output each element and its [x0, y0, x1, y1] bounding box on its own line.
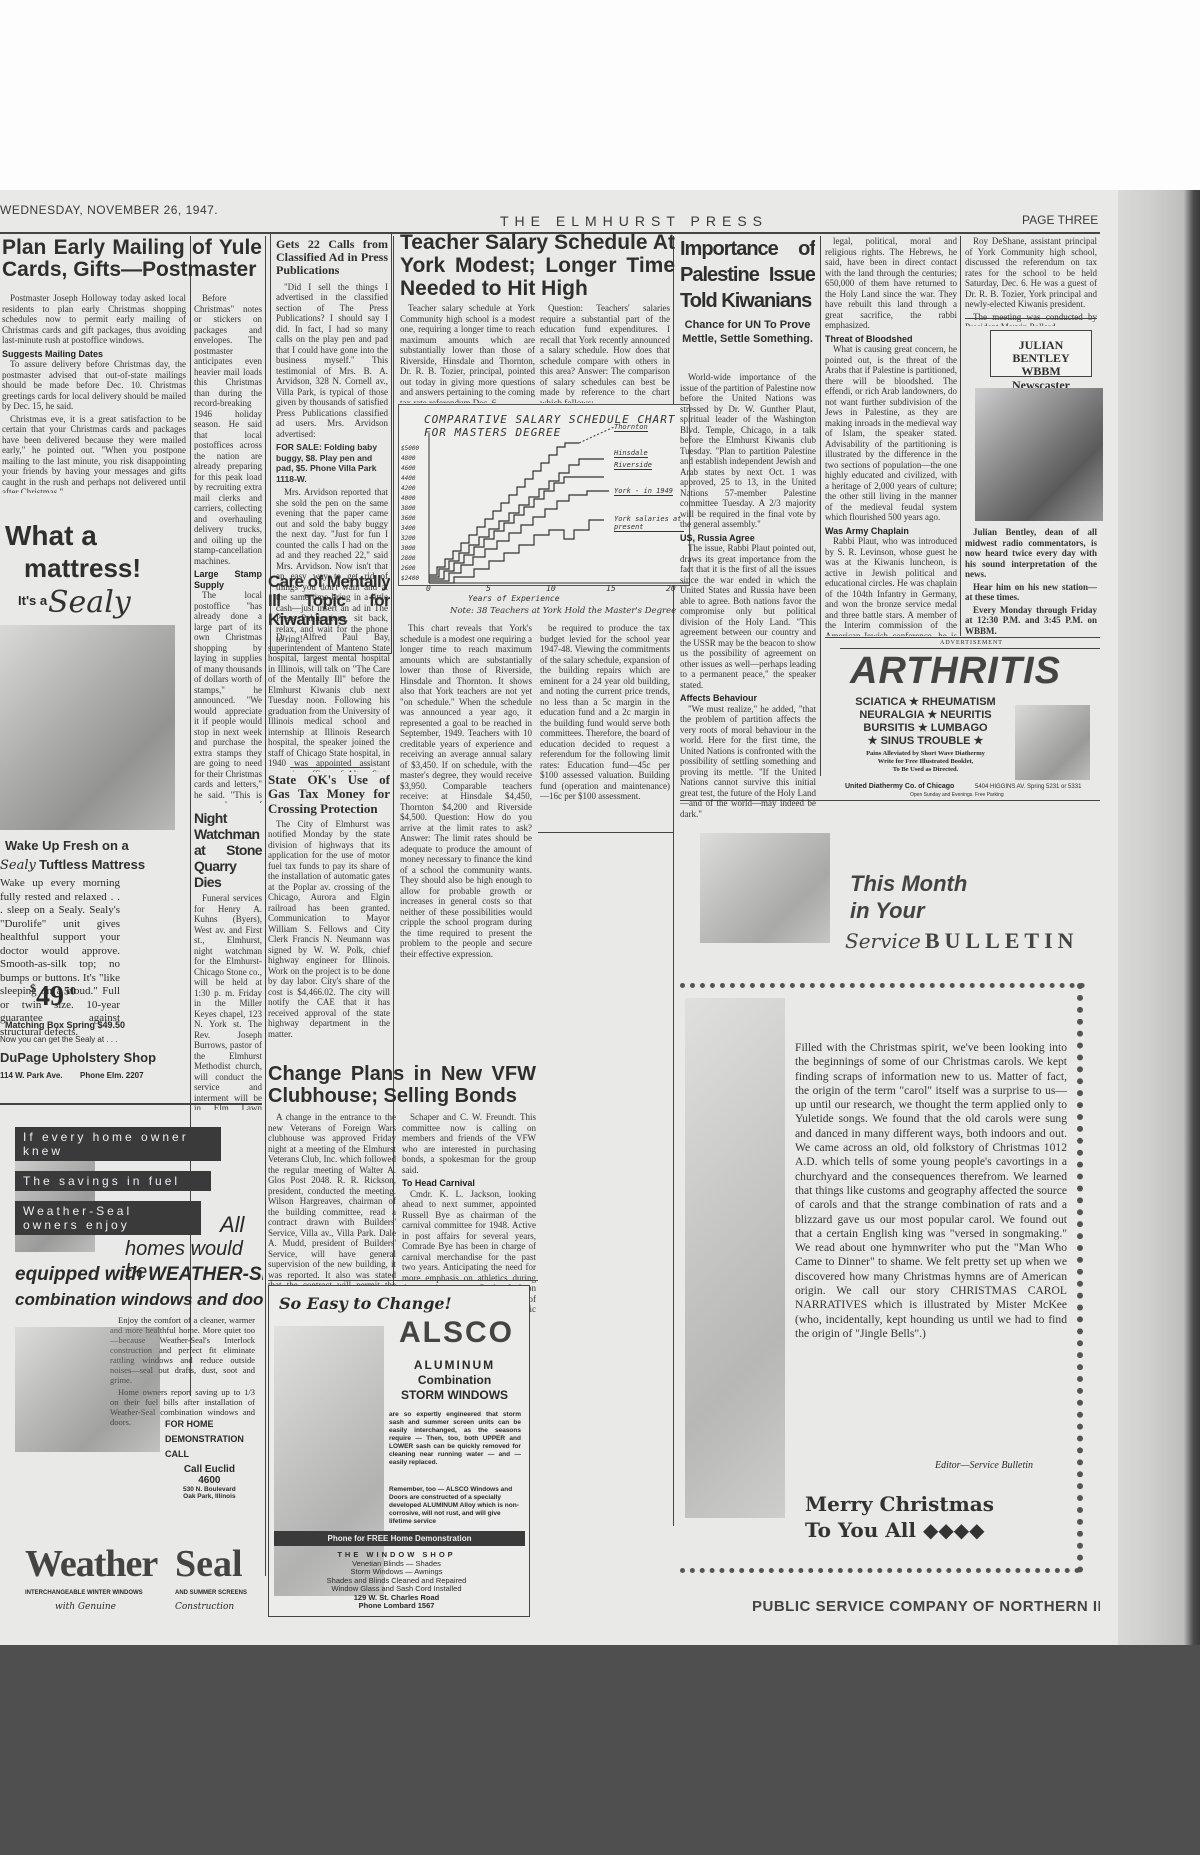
section-rule — [680, 800, 1100, 801]
bentley-caption: Julian Bentley, dean of all midwest radi… — [965, 527, 1097, 637]
sealy-ad: What a mattress! It's a Sealy Wake Up Fr… — [0, 505, 188, 1100]
article-text: be required to produce the tax budget le… — [540, 623, 670, 802]
sealy-brand: Sealy — [48, 585, 131, 620]
article-text: legal, political, moral and religious ri… — [825, 236, 957, 331]
sponsor-name: PUBLIC SERVICE COMPANY OF NORTHERN ILLIN… — [752, 1598, 1100, 1615]
alsco-product: ALUMINUM Combination STORM WINDOWS — [387, 1358, 522, 1403]
subhead: Threat of Bloodshed — [825, 334, 957, 345]
section-rule — [268, 1280, 538, 1281]
arthritis-company: United Diathermy Co. of Chicago — [845, 783, 954, 790]
article-text: What is causing great concern, he pointe… — [825, 344, 957, 523]
conditions-line: NEURALGIA ★ NEURITIS — [848, 709, 1003, 722]
alsco-line: Combination — [387, 1373, 522, 1388]
headline: Importance of Palestine Issue Told Kiwan… — [680, 236, 815, 314]
article-vfw-col1: A change in the entrance to the new Vete… — [268, 1112, 396, 1312]
article-vfw-headline: Change Plans in New VFW Clubhouse; Selli… — [268, 1063, 536, 1107]
alsco-brand: ALSCO — [399, 1316, 514, 1350]
article-text: The City of Elmhurst was notified Monday… — [268, 819, 390, 1040]
greeting-line-2: To You All ◆◆◆◆ — [805, 1517, 994, 1543]
article-text: World-wide importance of the issue of th… — [680, 372, 816, 530]
article-text: "We must realize," he added, "that the p… — [680, 704, 816, 820]
alsco-script: So Easy to Change! — [279, 1294, 452, 1313]
article-yule-headline: Plan Early Mailing of Yule Cards, Gifts—… — [2, 237, 262, 281]
article-text: Funeral services for Henry A. Kuhns (Bye… — [194, 893, 262, 1110]
ws-cta: FOR HOME DEMONSTRATION CALL — [165, 1417, 244, 1462]
sealy-box-spring: Matching Box Spring $49.50 — [5, 1020, 125, 1030]
ws-address: 530 N. Boulevard — [183, 1486, 236, 1493]
arthritis-ad: ADVERTISEMENT ARTHRITIS SCIATICA ★ RHEUM… — [840, 640, 1100, 780]
alsco-line: ALUMINUM — [387, 1358, 522, 1373]
weatherseal-ad: If every home owner knew The savings in … — [5, 1112, 263, 1637]
ws-headline-4: combination windows and doors — [15, 1290, 263, 1310]
column-divider — [265, 236, 266, 1576]
subheadline: Chance for UN To Prove Mettle, Settle So… — [680, 318, 815, 346]
ws-logo-left: Weather — [25, 1542, 157, 1586]
page-number: PAGE THREE — [1022, 213, 1098, 227]
sealy-address: 114 W. Park Ave. — [0, 1071, 63, 1080]
alsco-ad: So Easy to Change! ALSCO ALUMINUM Combin… — [268, 1285, 530, 1617]
conditions-line: BURSITIS ★ LUMBAGO — [848, 722, 1003, 735]
x-tick: 15 — [606, 584, 616, 593]
greeting-line-1: Merry Christmas — [805, 1491, 994, 1517]
x-tick: 10 — [546, 584, 556, 593]
arthritis-headline: ARTHRITIS — [850, 650, 1061, 693]
article-text: To assure delivery before Christmas day,… — [2, 359, 186, 412]
headline: Change Plans in New VFW Clubhouse; Selli… — [268, 1063, 536, 1107]
masthead: THE ELMHURST PRESS — [500, 213, 768, 229]
article-palestine-col2: legal, political, moral and religious ri… — [825, 236, 957, 636]
section-rule — [825, 637, 1100, 638]
arthritis-body-line: Pains Alleviated by Short Wave Diathermy — [848, 750, 1003, 758]
bulletin-word: BULLETIN — [925, 928, 1079, 953]
ws-city: Oak Park, Illinois — [183, 1493, 236, 1500]
article-yule-col1: Postmaster Joseph Holloway today asked l… — [2, 293, 186, 493]
article-palestine-headline: Importance of Palestine Issue Told Kiwan… — [680, 236, 815, 346]
dateline: WEDNESDAY, NOVEMBER 26, 1947. — [0, 203, 218, 217]
article-text: Dr. Alfred Paul Bay, superintendent of M… — [268, 632, 390, 772]
bulletin-line-2: in Your — [850, 897, 967, 924]
article-text: The local postoffice "has already done a… — [194, 590, 262, 803]
article-text: Question: Teachers' salaries require a s… — [540, 303, 670, 403]
ws-phone-line: Call Euclid — [183, 1464, 236, 1475]
series-label-york-1949: York - in 1949 — [614, 487, 673, 496]
arthritis-body-line: Write for Free Illustrated Booklet, — [848, 758, 1003, 766]
bentley-name-box: JULIAN BENTLEY WBBM Newscaster — [990, 330, 1092, 377]
bar-3: Weather-Seal owners enjoy — [15, 1201, 201, 1235]
classified-ad-text: FOR SALE: Folding baby buggy, $8. Play p… — [276, 442, 388, 484]
series-label-riverside: Riverside — [614, 461, 652, 470]
arthritis-conditions: SCIATICA ★ RHEUMATISM NEURALGIA ★ NEURIT… — [848, 696, 1003, 748]
ws-phone-number: 4600 — [183, 1475, 236, 1486]
article-rule — [965, 318, 1097, 319]
article-text: Roy DeShane, assistant principal of York… — [965, 236, 1097, 310]
arthritis-address: 5404 HIGGINS AV. Spring 5231 or 5331 — [975, 784, 1081, 790]
x-tick: 5 — [486, 584, 491, 593]
conditions-line: ★ SINUS TROUBLE ★ — [848, 735, 1003, 748]
article-text: A change in the entrance to the new Vete… — [268, 1112, 396, 1312]
sealy-body: Wake up every morning fully rested and r… — [0, 877, 120, 1039]
sealy-brand-small: Sealy — [0, 858, 36, 873]
carol-illustrations — [685, 998, 785, 1518]
arthritis-woman-illustration — [1015, 705, 1090, 780]
alsco-phone: Phone Lombard 1567 — [274, 1602, 519, 1611]
sealy-tagline: It's a — [18, 593, 47, 608]
article-palestine-col1: World-wide importance of the issue of th… — [680, 372, 816, 822]
headline: State OK's Use of Gas Tax Money for Cros… — [268, 773, 390, 816]
garland-border-bottom — [680, 1568, 1080, 1575]
article-mentally-ill: Care of Mentally Ill Topic for Kiwanians… — [268, 572, 390, 772]
sealy-headline-1: What a — [5, 521, 97, 550]
column-divider — [820, 236, 821, 776]
article-text: "Did I sell the things I advertised in t… — [276, 282, 388, 440]
article-text: Postmaster Joseph Holloway today asked l… — [2, 293, 186, 346]
weatherseal-bars: If every home owner knew The savings in … — [15, 1127, 221, 1245]
sealy-phone: Phone Elm. 2207 — [80, 1071, 144, 1080]
article-yule-col2: Before Christmas" notes or stickers on p… — [194, 293, 262, 803]
salary-chart: COMPARATIVE SALARY SCHEDULE CHART FOR MA… — [398, 404, 690, 586]
chart-note: Note: 38 Teachers at York Hold the Maste… — [450, 606, 676, 616]
sealy-price: $4950 — [30, 981, 76, 1013]
article-teacher-col4: be required to produce the tax budget le… — [540, 623, 670, 828]
ws-cta-line: DEMONSTRATION — [165, 1432, 244, 1447]
arthritis-body-line: To Be Used as Directed. — [848, 766, 1003, 774]
series-label-hinsdale: Hinsdale — [614, 449, 648, 458]
caption-text: Julian Bentley, dean of all midwest radi… — [965, 527, 1097, 580]
article-rule — [290, 767, 370, 768]
subhead: Large Stamp Supply — [194, 569, 262, 590]
series-label-thornton: Thornton — [614, 423, 648, 432]
article-rule — [538, 832, 673, 833]
bentley-name: JULIAN BENTLEY — [991, 339, 1091, 365]
alsco-demo-bar: Phone for FREE Home Demonstration — [274, 1531, 525, 1546]
x-axis-label: Years of Experience — [468, 594, 560, 603]
ws-script-right: Construction — [175, 1602, 234, 1612]
conditions-line: SCIATICA ★ RHEUMATISM — [848, 696, 1003, 709]
advertisement-label: ADVERTISEMENT — [940, 640, 1003, 646]
scan-top-margin — [0, 0, 1200, 190]
article-text: Christmas eve, it is a great satisfactio… — [2, 414, 186, 494]
series-label-york-present: York salaries at present — [614, 515, 684, 532]
ws-cta-line: CALL — [165, 1447, 244, 1462]
article-text: Before Christmas" notes or stickers on p… — [194, 293, 262, 566]
article-text: Rabbi Plaut, who was introduced by S. R.… — [825, 536, 957, 636]
alsco-body-2: Remember, too — ALSCO Windows and Doors … — [389, 1486, 521, 1526]
ws-logo-right: Seal — [175, 1542, 243, 1586]
subhead: US, Russia Agree — [680, 533, 816, 544]
article-text: This chart reveals that York's schedule … — [400, 623, 532, 959]
sealy-now: Now you can get the Sealy at . . . — [0, 1035, 117, 1044]
subhead: To Head Carnival — [402, 1178, 536, 1189]
bulletin-body: Filled with the Christmas spirit, we've … — [795, 1041, 1067, 1341]
article-text: Schaper and C. W. Freundt. This committe… — [402, 1112, 536, 1175]
ws-script-left: with Genuine — [55, 1602, 116, 1612]
headline: Care of Mentally Ill Topic for Kiwanians — [268, 572, 390, 629]
alsco-line: STORM WINDOWS — [387, 1388, 522, 1403]
bulletin-title: Service BULLETIN — [845, 928, 1079, 954]
bulletin-headline: This Month in Your — [850, 870, 967, 924]
bulletin-signature: Editor—Service Bulletin — [935, 1460, 1033, 1471]
article-text: The issue, Rabbi Plaut pointed out, draw… — [680, 543, 816, 690]
alsco-body-1: are so expertly engineered that storm sa… — [389, 1411, 521, 1467]
bar-1: If every home owner knew — [15, 1127, 221, 1161]
sealy-headline-2: mattress! — [24, 555, 141, 582]
subhead: Affects Behaviour — [680, 693, 816, 704]
bentley-photo — [975, 388, 1103, 521]
arthritis-hours: Open Sunday and Evenings. Free Parking — [910, 792, 1004, 798]
headline: Night Watchman at Stone Quarry Dies — [194, 810, 262, 890]
article-vfw-col2: Schaper and C. W. Freundt. This committe… — [402, 1112, 536, 1312]
column-divider — [960, 236, 961, 636]
service-bulletin-ad: This Month in Your Service BULLETIN Fill… — [680, 808, 1100, 1643]
ws-headline-3: equipped with WEATHER-SEAL — [15, 1264, 263, 1286]
man-relaxing-illustration — [15, 1327, 160, 1452]
envelope-illustration — [700, 833, 830, 943]
sealy-sub-2: Sealy Tuftless Mattress — [0, 857, 145, 873]
article-teacher-col2: Question: Teachers' salaries require a s… — [540, 303, 670, 403]
sealy-woman-illustration — [0, 625, 175, 830]
garland-border-top — [680, 983, 1085, 990]
arthritis-body: Pains Alleviated by Short Wave Diathermy… — [848, 750, 1003, 774]
article-teacher-col3: This chart reveals that York's schedule … — [400, 623, 532, 1033]
subhead: Suggests Mailing Dates — [2, 349, 186, 360]
headline: Teacher Salary Schedule At York Modest; … — [400, 231, 675, 300]
garland-border-right — [1075, 983, 1083, 1573]
x-tick: 0 — [426, 584, 431, 593]
ws-strap-right: AND SUMMER SCREENS — [175, 1590, 247, 1596]
ws-headline-1: All — [220, 1212, 244, 1238]
ws-phone: Call Euclid 4600 530 N. Boulevard Oak Pa… — [183, 1464, 236, 1500]
article-night-watchman: Night Watchman at Stone Quarry Dies Fune… — [194, 810, 262, 1110]
sealy-store: DuPage Upholstery Shop — [0, 1051, 156, 1065]
article-palestine-col3: Roy DeShane, assistant principal of York… — [965, 236, 1097, 326]
bulletin-line-1: This Month — [850, 870, 967, 897]
article-teacher-col1: Teacher salary schedule at York Communit… — [400, 303, 535, 403]
caption-text: Hear him on his new station—at these tim… — [965, 582, 1097, 603]
caption-text: Every Monday through Friday at 12:30 P.M… — [965, 605, 1097, 637]
sealy-sub-2-text: Tuftless Mattress — [39, 857, 145, 872]
bar-2: The savings in fuel — [15, 1171, 211, 1191]
ws-cta-line: FOR HOME — [165, 1417, 244, 1432]
scan-right-margin — [1118, 190, 1200, 1645]
merry-christmas-greeting: Merry Christmas To You All ◆◆◆◆ — [805, 1491, 994, 1543]
ws-strap-left: INTERCHANGEABLE WINTER WINDOWS — [25, 1590, 143, 1596]
sealy-sub-1: Wake Up Fresh on a — [5, 839, 129, 853]
bulletin-script: Service — [845, 929, 921, 953]
scan-bottom-background — [0, 1645, 1200, 1855]
alsco-shop: THE WINDOW SHOP Venetian Blinds — Shades… — [274, 1551, 519, 1611]
subhead: Was Army Chaplain — [825, 526, 957, 537]
x-tick: 20 — [666, 584, 676, 593]
headline: Gets 22 Calls from Classified Ad in Pres… — [276, 238, 388, 278]
article-text: Teacher salary schedule at York Communit… — [400, 303, 535, 403]
article-gas-tax: State OK's Use of Gas Tax Money for Cros… — [268, 773, 390, 1063]
article-teacher-headline: Teacher Salary Schedule At York Modest; … — [400, 231, 675, 300]
headline: Plan Early Mailing of Yule Cards, Gifts—… — [2, 237, 262, 281]
